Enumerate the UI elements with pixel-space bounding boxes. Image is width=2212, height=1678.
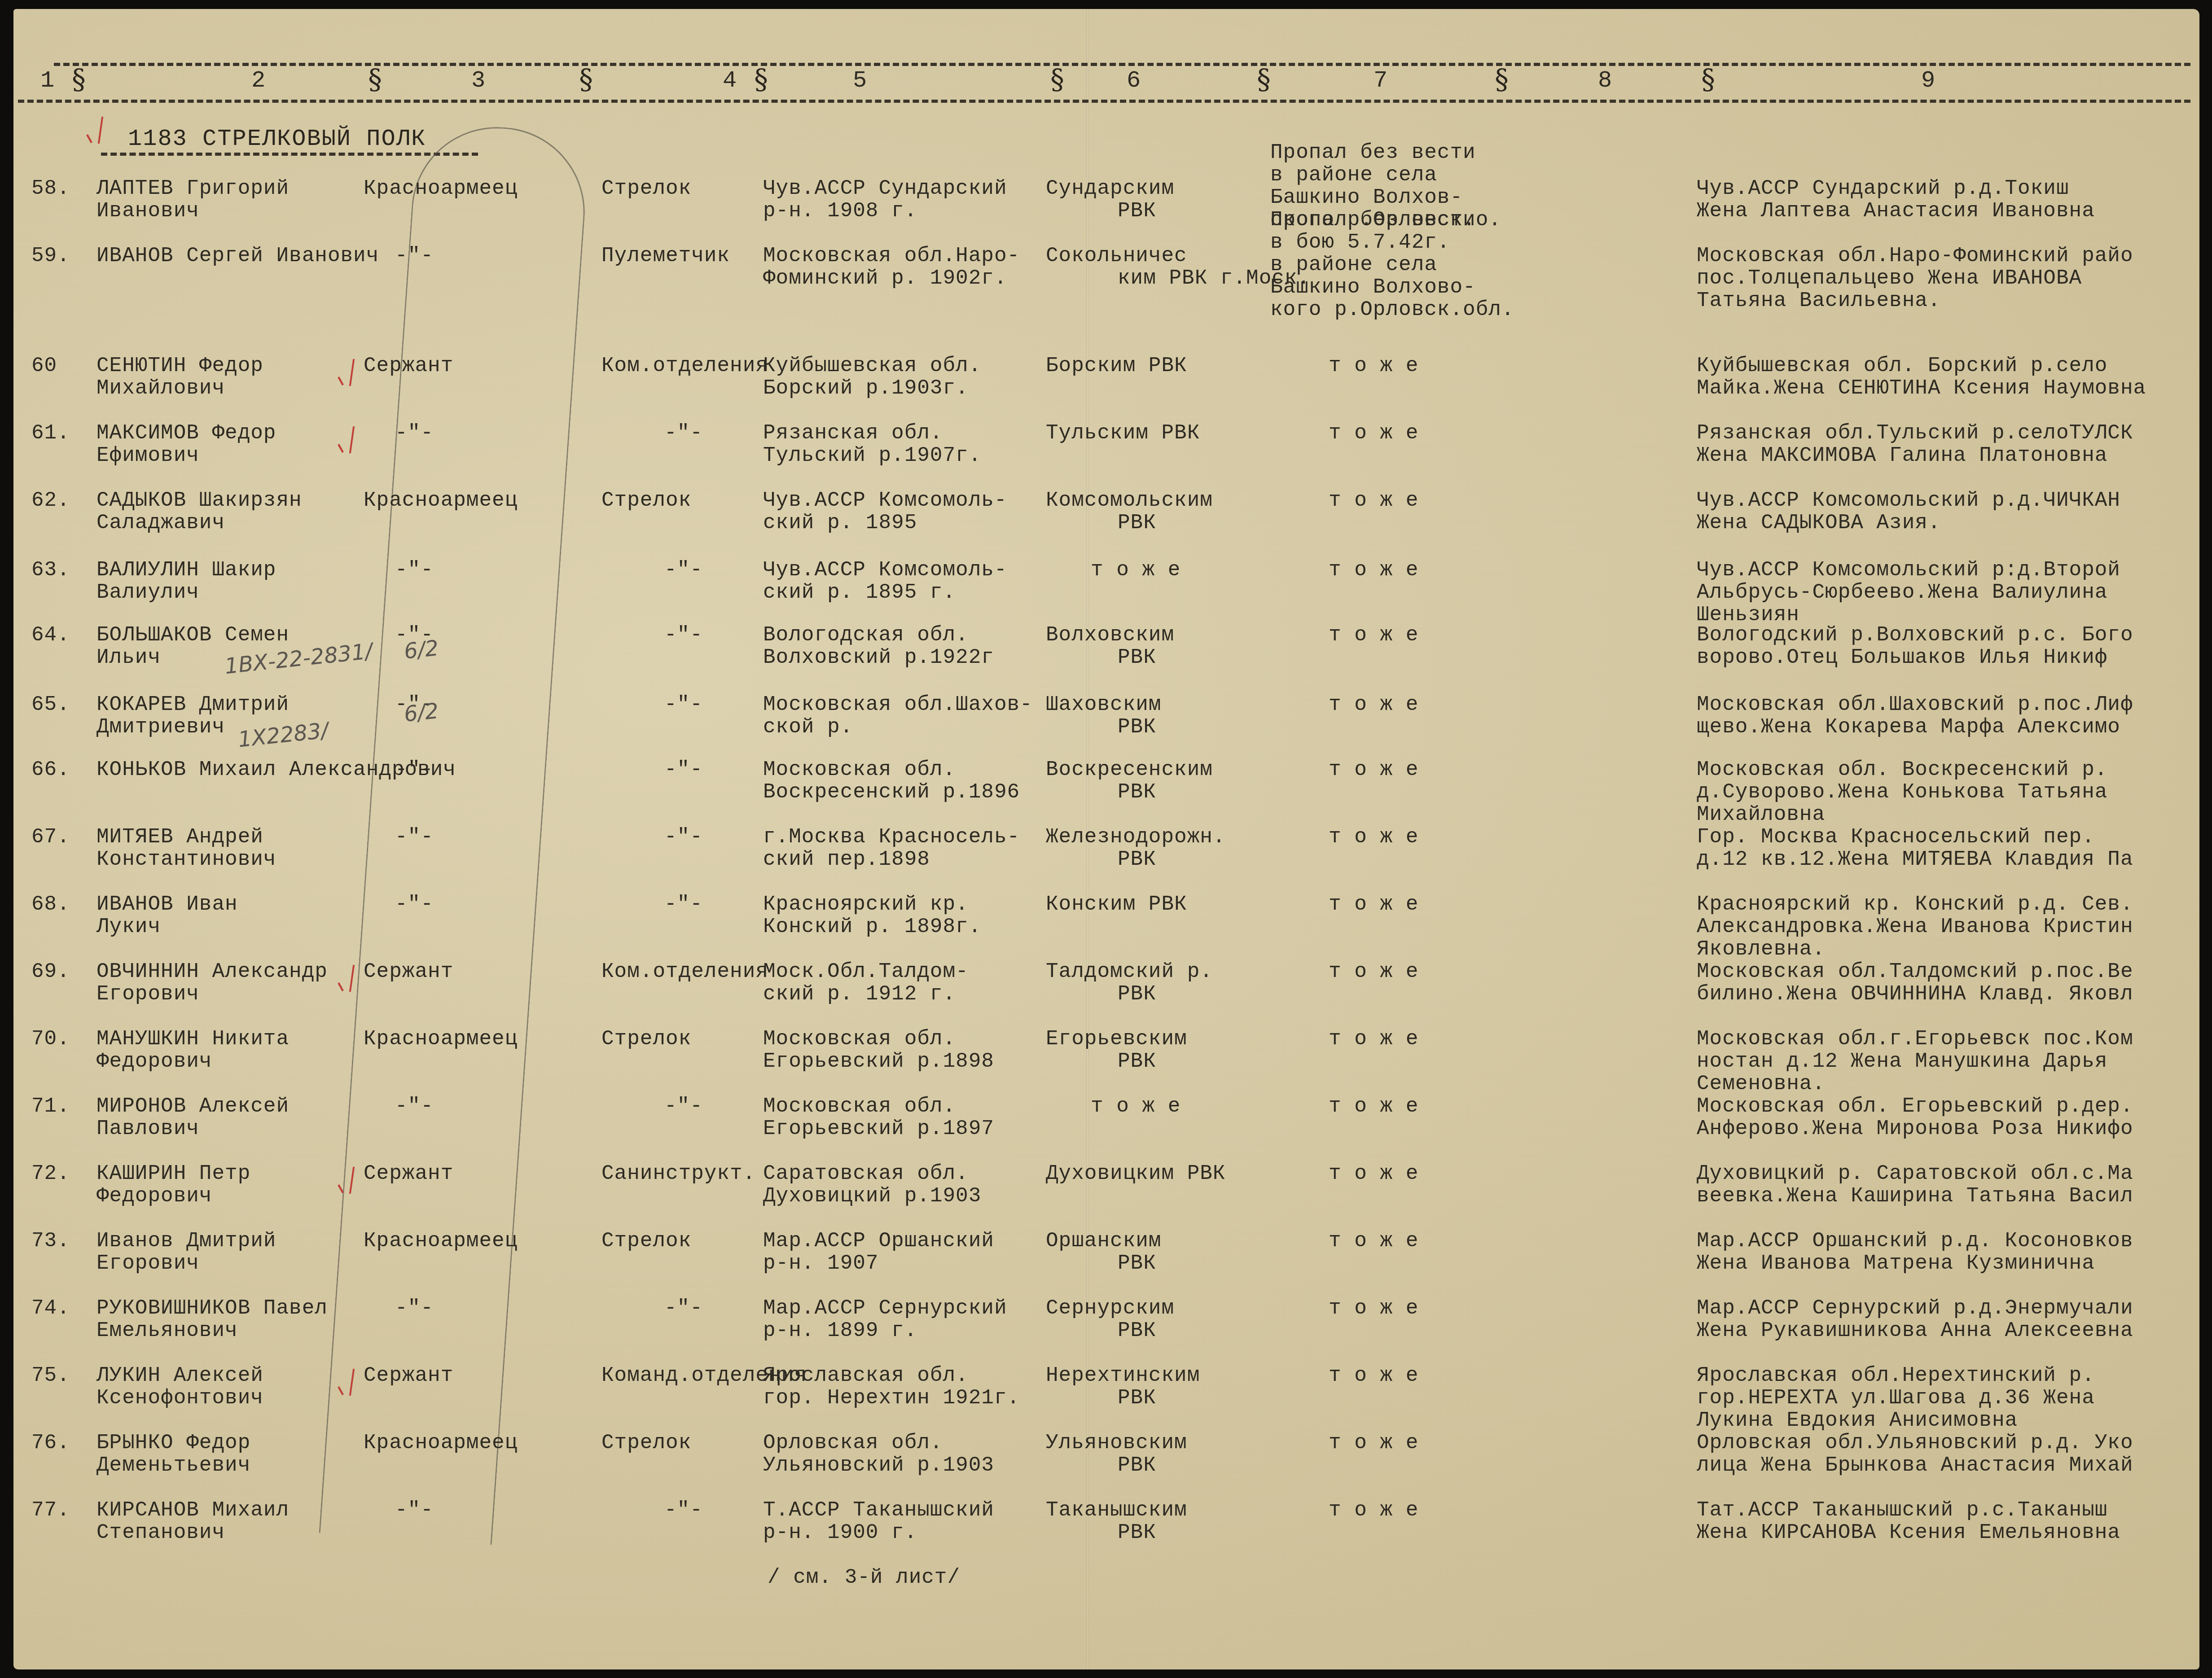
soldier-name: Егорович: [97, 983, 199, 1005]
next-of-kin-cell: Шеньзиян: [1697, 604, 1799, 626]
soldier-name: Федорович: [97, 1050, 212, 1073]
column-divider-mark: §: [1257, 63, 1271, 96]
draft-office-cell: Борским РВК: [1046, 355, 1187, 377]
next-of-kin-cell: ворово.Отец Большаков Илья Никиф: [1697, 646, 2107, 669]
position-cell: -"-: [664, 758, 703, 781]
next-of-kin-cell: Московская обл. Воскресенский р.: [1697, 758, 2107, 781]
fate-cell: т о ж е: [1329, 1095, 1418, 1117]
birthplace-cell: ской р.: [763, 716, 853, 738]
next-of-kin-cell: Красноярский кр. Конский р.д. Сев.: [1697, 893, 2133, 916]
row-number: 63.: [31, 559, 70, 581]
rank-cell: Красноармеец: [364, 1028, 518, 1050]
draft-office-cell: т о ж е: [1091, 559, 1181, 581]
draft-office-cell: Нерехтинским: [1046, 1364, 1200, 1387]
draft-office-cell: Ульяновским: [1046, 1432, 1187, 1454]
draft-office-cell: РВК: [1118, 983, 1156, 1005]
draft-office-cell: Воскресенским: [1046, 758, 1213, 781]
next-of-kin-cell: веевка.Жена Каширина Татьяна Васил: [1697, 1185, 2133, 1207]
next-of-kin-cell: лица Жена Брынкова Анастасия Михай: [1697, 1454, 2133, 1476]
next-of-kin-cell: Московская обл.Наро-Фоминский райо: [1697, 245, 2133, 267]
next-of-kin-cell: Духовицкий р. Саратовской обл.с.Ма: [1697, 1162, 2133, 1185]
soldier-name: Ильич: [97, 646, 161, 669]
soldier-name: МАКСИМОВ Федор: [97, 422, 276, 444]
row-number: 62.: [31, 489, 70, 512]
soldier-name: Деменьтьевич: [97, 1454, 250, 1476]
draft-office-cell: Шаховским: [1046, 693, 1161, 716]
soldier-name: КАШИРИН Петр: [97, 1162, 250, 1185]
fate-cell: т о ж е: [1329, 1028, 1418, 1050]
column-divider-mark: §: [1495, 63, 1509, 96]
next-of-kin-cell: Анферово.Жена Миронова Роза Никифо: [1697, 1117, 2133, 1140]
birthplace-cell: Конский р. 1898г.: [763, 916, 981, 938]
fate-cell: Пропал без вести: [1270, 141, 1476, 164]
row-number: 65.: [31, 693, 70, 716]
birthplace-cell: Воскресенский р.1896: [763, 781, 1020, 803]
soldier-name: Иванов Дмитрий: [97, 1230, 276, 1252]
draft-office-cell: РВК: [1118, 716, 1156, 738]
birthplace-cell: Мар.АССР Сернурский: [763, 1297, 1007, 1319]
soldier-name: ИВАНОВ Иван: [97, 893, 238, 916]
position-cell: Стрелок: [601, 1432, 691, 1454]
draft-office-cell: РВК: [1118, 512, 1156, 534]
rank-cell: -"-: [395, 826, 434, 848]
next-of-kin-cell: Мар.АССР Оршанский р.д. Косоновков: [1697, 1230, 2133, 1252]
position-cell: -"-: [664, 624, 703, 646]
birthplace-cell: Московская обл.: [763, 1095, 956, 1117]
birthplace-cell: Борский р.1903г.: [763, 377, 969, 399]
column-number: 2: [251, 67, 265, 94]
next-of-kin-cell: д.12 кв.12.Жена МИТЯЕВА Клавдия Па: [1697, 848, 2133, 871]
fate-cell: т о ж е: [1329, 1162, 1418, 1185]
next-of-kin-cell: Гор. Москва Красносельский пер.: [1697, 826, 2095, 848]
row-number: 70.: [31, 1028, 70, 1050]
position-cell: Пулеметчик: [601, 245, 730, 267]
rank-cell: -"-: [395, 893, 434, 916]
next-of-kin-cell: билино.Жена ОВЧИННИНА Клавд. Яковл: [1697, 983, 2133, 1005]
birthplace-cell: ский р. 1912 г.: [763, 983, 956, 1005]
rank-cell: Красноармеец: [364, 1432, 518, 1454]
fate-cell: Башкино Волхов-: [1270, 186, 1463, 209]
handwritten-note: 6/2: [403, 635, 440, 664]
fate-cell: т о ж е: [1329, 355, 1418, 377]
draft-office-cell: Тульским РВК: [1046, 422, 1200, 444]
column-number: 3: [471, 67, 485, 94]
draft-office-cell: Волховским: [1046, 624, 1174, 646]
next-of-kin-cell: Жена Рукавишникова Анна Алексеевна: [1697, 1319, 2133, 1342]
next-of-kin-cell: Жена КИРСАНОВА Ксения Емельяновна: [1697, 1521, 2120, 1544]
column-number: 4: [723, 67, 737, 94]
position-cell: -"-: [664, 826, 703, 848]
row-number: 64.: [31, 624, 70, 646]
birthplace-cell: Чув.АССР Комсомоль-: [763, 489, 1007, 512]
soldier-name: САДЫКОВ Шакирзян: [97, 489, 302, 512]
fate-cell: т о ж е: [1329, 422, 1418, 444]
fate-cell: Башкино Волхово-: [1270, 276, 1476, 298]
soldier-name: Павлович: [97, 1117, 199, 1140]
soldier-name: МИРОНОВ Алексей: [97, 1095, 289, 1117]
soldier-name: Иванович: [97, 200, 199, 222]
column-number: 1: [40, 67, 54, 94]
fate-cell: т о ж е: [1329, 489, 1418, 512]
draft-office-cell: Комсомольским: [1046, 489, 1213, 512]
birthplace-cell: Московская обл.Шахов-: [763, 693, 1033, 716]
row-number: 74.: [31, 1297, 70, 1319]
column-number: 6: [1127, 67, 1141, 94]
rank-cell: -"-: [395, 758, 434, 781]
next-of-kin-cell: Рязанская обл.Тульский р.селоТУЛСК: [1697, 422, 2133, 444]
rank-cell: -"-: [395, 1297, 434, 1319]
header-rule-bottom: [18, 100, 2190, 103]
soldier-name: МИТЯЕВ Андрей: [97, 826, 263, 848]
soldier-name: Саладжавич: [97, 512, 225, 534]
column-divider-mark: §: [1701, 63, 1715, 96]
rank-cell: -"-: [395, 1095, 434, 1117]
draft-office-cell: РВК: [1118, 781, 1156, 803]
birthplace-cell: гор. Нерехтин 1921г.: [763, 1387, 1020, 1409]
soldier-name: ЛАПТЕВ Григорий: [97, 177, 289, 200]
position-cell: Стрелок: [601, 1230, 691, 1252]
next-of-kin-cell: Московская обл. Егорьевский р.дер.: [1697, 1095, 2133, 1117]
draft-office-cell: Железнодорожн.: [1046, 826, 1225, 848]
rank-cell: Сержант: [364, 1364, 453, 1387]
next-of-kin-cell: Майка.Жена СЕНЮТИНА Ксения Наумовна: [1697, 377, 2146, 399]
birthplace-cell: ский р. 1895 г.: [763, 581, 956, 604]
birthplace-cell: Чув.АССР Комсомоль-: [763, 559, 1007, 581]
birthplace-cell: Ярославская обл.: [763, 1364, 969, 1387]
next-of-kin-cell: Лукина Евдокия Анисимовна: [1697, 1409, 2018, 1432]
birthplace-cell: Волховский р.1922г: [763, 646, 994, 669]
next-of-kin-cell: Московская обл.Талдомский р.пос.Ве: [1697, 960, 2133, 983]
row-number: 75.: [31, 1364, 70, 1387]
soldier-name: Егорович: [97, 1252, 199, 1275]
draft-office-cell: РВК: [1118, 646, 1156, 669]
position-cell: Стрелок: [601, 177, 691, 200]
birthplace-cell: Мар.АССР Оршанский: [763, 1230, 994, 1252]
draft-office-cell: РВК: [1118, 1252, 1156, 1275]
next-of-kin-cell: Орловская обл.Ульяновский р.д. Укo: [1697, 1432, 2133, 1454]
next-of-kin-cell: Жена Лаптева Анастасия Ивановна: [1697, 200, 2095, 222]
next-of-kin-cell: Александровка.Жена Иванова Кристин: [1697, 916, 2133, 938]
next-of-kin-cell: Куйбышевская обл. Борский р.село: [1697, 355, 2107, 377]
next-of-kin-cell: Чув.АССР Комсомольский р.д.ЧИЧКАН: [1697, 489, 2120, 512]
next-of-kin-cell: гор.НЕРЕХТА ул.Шагова д.36 Жена: [1697, 1387, 2095, 1409]
fate-cell: т о ж е: [1329, 826, 1418, 848]
birthplace-cell: ский пер.1898: [763, 848, 930, 871]
birthplace-cell: р-н. 1907: [763, 1252, 878, 1275]
next-of-kin-cell: Жена МАКСИМОВА Галина Платоновна: [1697, 444, 2107, 467]
soldier-name: ИВАНОВ Сергей Иванович: [97, 245, 379, 267]
row-number: 66.: [31, 758, 70, 781]
position-cell: -"-: [664, 422, 703, 444]
column-divider-mark: §: [368, 63, 382, 96]
fate-cell: т о ж е: [1329, 693, 1418, 716]
soldier-name: СЕНЮТИН Федор: [97, 355, 263, 377]
rank-cell: -"-: [395, 1499, 434, 1521]
row-number: 71.: [31, 1095, 70, 1117]
fate-cell: в бою 5.7.42г.: [1270, 231, 1450, 254]
row-number: 77.: [31, 1499, 70, 1521]
birthplace-cell: Орловская обл.: [763, 1432, 943, 1454]
row-number: 68.: [31, 893, 70, 916]
draft-office-cell: РВК: [1118, 1454, 1156, 1476]
next-of-kin-cell: Семеновна.: [1697, 1073, 1825, 1095]
draft-office-cell: Талдомский р.: [1046, 960, 1213, 983]
handwritten-note: 6/2: [403, 698, 440, 727]
birthplace-cell: Красноярский кр.: [763, 893, 969, 916]
next-of-kin-cell: Мар.АССР Сернурский р.д.Энермучали: [1697, 1297, 2133, 1319]
birthplace-cell: г.Москва Красносель-: [763, 826, 1020, 848]
position-cell: -"-: [664, 1095, 703, 1117]
birthplace-cell: Духовицкий р.1903: [763, 1185, 981, 1207]
position-cell: -"-: [664, 559, 703, 581]
next-of-kin-cell: Жена САДЫКОВА Азия.: [1697, 512, 1941, 534]
draft-office-cell: РВК: [1118, 848, 1156, 871]
soldier-name: Федорович: [97, 1185, 212, 1207]
rank-cell: Сержант: [364, 355, 453, 377]
rank-cell: -"-: [395, 559, 434, 581]
next-of-kin-cell: Михайловна: [1697, 803, 1825, 826]
fate-cell: т о ж е: [1329, 960, 1418, 983]
birthplace-cell: Вологодская обл.: [763, 624, 969, 646]
birthplace-cell: Егорьевский р.1897: [763, 1117, 994, 1140]
fate-cell: т о ж е: [1329, 559, 1418, 581]
position-cell: -"-: [664, 893, 703, 916]
position-cell: -"-: [664, 693, 703, 716]
next-of-kin-cell: Татьяна Васильевна.: [1697, 289, 1941, 312]
row-number: 58.: [31, 177, 70, 200]
birthplace-cell: Московская обл.: [763, 758, 956, 781]
soldier-name: Лукич: [97, 916, 161, 938]
fate-cell: т о ж е: [1329, 1297, 1418, 1319]
row-number: 60: [31, 355, 57, 377]
row-number: 69.: [31, 960, 70, 983]
draft-office-cell: т о ж е: [1091, 1095, 1181, 1117]
draft-office-cell: РВК: [1118, 1319, 1156, 1342]
next-of-kin-cell: Вологодский р.Волховский р.с. Бого: [1697, 624, 2133, 646]
column-number: 8: [1598, 67, 1612, 94]
fate-cell: Пропал без вести: [1270, 209, 1476, 231]
birthplace-cell: р-н. 1899 г.: [763, 1319, 917, 1342]
fate-cell: т о ж е: [1329, 893, 1418, 916]
row-number: 72.: [31, 1162, 70, 1185]
draft-office-cell: РВК: [1118, 1521, 1156, 1544]
fate-cell: т о ж е: [1329, 1499, 1418, 1521]
soldier-name: Емельянович: [97, 1319, 238, 1342]
birthplace-cell: Т.АССР Таканышский: [763, 1499, 994, 1521]
draft-office-cell: Сокольничес: [1046, 245, 1187, 267]
next-of-kin-cell: д.Суворово.Жена Конькова Татьяна: [1697, 781, 2107, 803]
draft-office-cell: Сернурским: [1046, 1297, 1174, 1319]
draft-office-cell: Конским РВК: [1046, 893, 1187, 916]
continuation-note: / см. 3-й лист/: [768, 1566, 960, 1589]
draft-office-cell: Сундарским: [1046, 177, 1174, 200]
birthplace-cell: Саратовская обл.: [763, 1162, 969, 1185]
fate-cell: т о ж е: [1329, 1230, 1418, 1252]
position-cell: Стрелок: [601, 1028, 691, 1050]
soldier-name: ЛУКИН Алексей: [97, 1364, 263, 1387]
birthplace-cell: Тульский р.1907г.: [763, 444, 981, 467]
next-of-kin-cell: пос.Толцепальцево Жена ИВАНОВА: [1697, 267, 2082, 289]
soldier-name: РУКОВИШНИКОВ Павел: [97, 1297, 328, 1319]
soldier-name: Михайлович: [97, 377, 225, 399]
birthplace-cell: Ульяновский р.1903: [763, 1454, 994, 1476]
next-of-kin-cell: щево.Жена Кокарева Марфа Алексимо: [1697, 716, 2120, 738]
birthplace-cell: Куйбышевская обл.: [763, 355, 981, 377]
row-number: 67.: [31, 826, 70, 848]
fate-cell: т о ж е: [1329, 1364, 1418, 1387]
position-cell: Ком.отделения: [601, 960, 768, 983]
soldier-name: БОЛЬШАКОВ Семен: [97, 624, 289, 646]
next-of-kin-cell: Московская обл.Шаховский р.пос.Лиф: [1697, 693, 2133, 716]
title-underline: [101, 153, 478, 156]
soldier-name: ОВЧИННИН Александр: [97, 960, 328, 983]
soldier-name: Валиулич: [97, 581, 199, 604]
birthplace-cell: Московская обл.Наро-: [763, 245, 1020, 267]
next-of-kin-cell: Чув.АССР Комсомольский р:д.Второй: [1697, 559, 2120, 581]
row-number: 73.: [31, 1230, 70, 1252]
birthplace-cell: Моск.Обл.Талдом-: [763, 960, 969, 983]
position-cell: -"-: [664, 1499, 703, 1521]
birthplace-cell: Фоминский р. 1902г.: [763, 267, 1007, 289]
soldier-name: Константинович: [97, 848, 276, 871]
draft-office-cell: Оршанским: [1046, 1230, 1161, 1252]
rank-cell: Красноармеец: [364, 1230, 518, 1252]
position-cell: Санинструкт.: [601, 1162, 755, 1185]
section-title: 1183 СТРЕЛКОВЫЙ ПОЛК: [128, 126, 426, 152]
rank-cell: Сержант: [364, 960, 453, 983]
next-of-kin-cell: Тат.АССР Таканышский р.с.Таканыш: [1697, 1499, 2107, 1521]
rank-cell: Красноармеец: [364, 489, 518, 512]
fate-cell: в районе села: [1270, 164, 1437, 186]
column-divider-mark: §: [579, 63, 593, 96]
soldier-name: Степанович: [97, 1521, 225, 1544]
soldier-name: КИРСАНОВ Михаил: [97, 1499, 289, 1521]
birthplace-cell: Егорьевский р.1898: [763, 1050, 994, 1073]
next-of-kin-cell: ностан д.12 Жена Манушкина Дарья: [1697, 1050, 2107, 1073]
row-number: 61.: [31, 422, 70, 444]
soldier-name: ВАЛИУЛИН Шакир: [97, 559, 276, 581]
draft-office-cell: РВК: [1118, 1050, 1156, 1073]
position-cell: Стрелок: [601, 489, 691, 512]
rank-cell: -"-: [395, 422, 434, 444]
column-divider-mark: §: [1050, 63, 1064, 96]
row-number: 59.: [31, 245, 70, 267]
fate-cell: кого р.Орловск.обл.: [1270, 298, 1514, 321]
soldier-name: МАНУШКИН Никита: [97, 1028, 289, 1050]
birthplace-cell: р-н. 1908 г.: [763, 200, 917, 222]
soldier-name: Ксенофонтович: [97, 1387, 263, 1409]
position-cell: -"-: [664, 1297, 703, 1319]
draft-office-cell: Таканышским: [1046, 1499, 1187, 1521]
soldier-name: Ефимович: [97, 444, 199, 467]
draft-office-cell: Егорьевским: [1046, 1028, 1187, 1050]
draft-office-cell: Духовицким РВК: [1046, 1162, 1225, 1185]
column-number: 5: [853, 67, 867, 94]
birthplace-cell: Рязанская обл.: [763, 422, 943, 444]
rank-cell: Красноармеец: [364, 177, 518, 200]
birthplace-cell: ский р. 1895: [763, 512, 917, 534]
birthplace-cell: Чув.АССР Сундарский: [763, 177, 1007, 200]
fate-cell: т о ж е: [1329, 758, 1418, 781]
birthplace-cell: р-н. 1900 г.: [763, 1521, 917, 1544]
next-of-kin-cell: Чув.АССР Сундарский р.д.Токиш: [1697, 177, 2069, 200]
next-of-kin-cell: Альбрусь-Сюрбеево.Жена Валиулина: [1697, 581, 2107, 604]
next-of-kin-cell: Яковлевна.: [1697, 938, 1825, 960]
draft-office-cell: РВК: [1118, 200, 1156, 222]
rank-cell: Сержант: [364, 1162, 453, 1185]
scan-edge: [2199, 0, 2212, 1678]
next-of-kin-cell: Ярославская обл.Нерехтинский р.: [1697, 1364, 2095, 1387]
column-divider-mark: §: [754, 63, 768, 96]
next-of-kin-cell: Жена Иванова Матрена Кузминична: [1697, 1252, 2095, 1275]
fate-cell: т о ж е: [1329, 624, 1418, 646]
fate-cell: т о ж е: [1329, 1432, 1418, 1454]
birthplace-cell: Московская обл.: [763, 1028, 956, 1050]
soldier-name: КОКАРЕВ Дмитрий: [97, 693, 289, 716]
soldier-name: Дмитриевич: [97, 716, 225, 738]
rank-cell: -"-: [395, 245, 434, 267]
soldier-name: БРЫНКО Федор: [97, 1432, 250, 1454]
draft-office-cell: РВК: [1118, 1387, 1156, 1409]
position-cell: Ком.отделения: [601, 355, 768, 377]
next-of-kin-cell: Московская обл.г.Егорьевск пос.Ком: [1697, 1028, 2133, 1050]
column-divider-mark: §: [72, 63, 86, 96]
row-number: 76.: [31, 1432, 70, 1454]
fate-cell: в районе села: [1270, 254, 1437, 276]
column-number: 7: [1374, 67, 1387, 94]
column-number: 9: [1921, 67, 1935, 94]
